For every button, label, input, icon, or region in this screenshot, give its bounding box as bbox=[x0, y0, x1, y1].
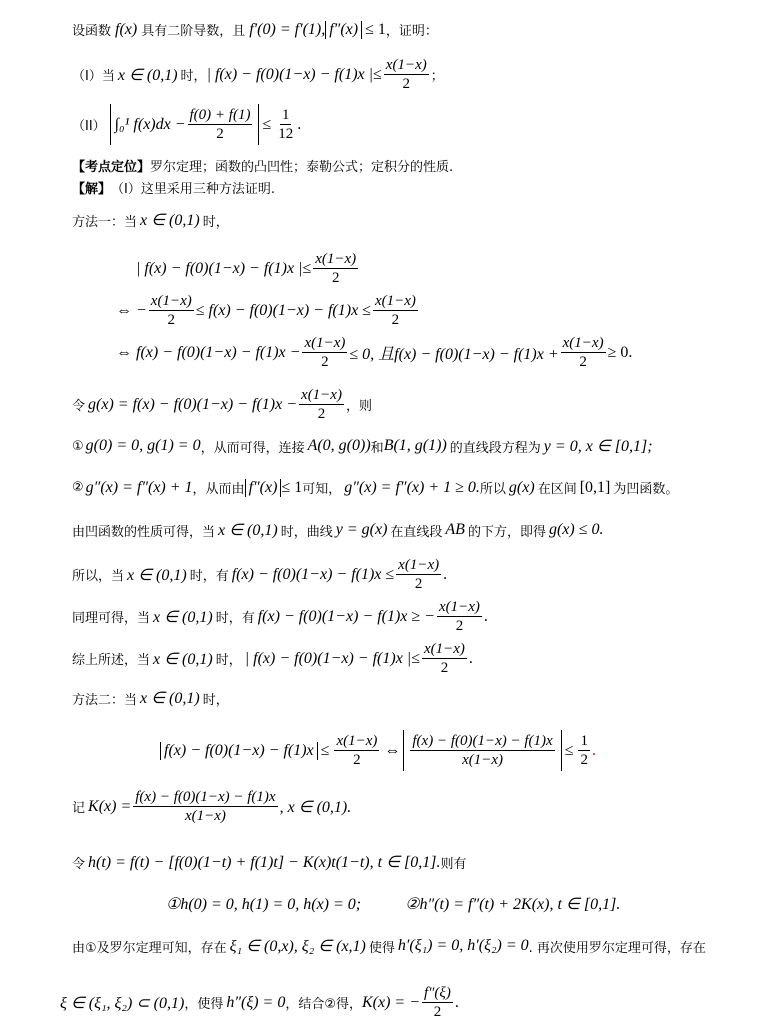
method1-header: 方法一：当 x ∈ (0,1) 时， bbox=[72, 210, 229, 230]
intro-cond: f′(0) = f′(1), bbox=[249, 21, 325, 39]
so-end: . bbox=[443, 566, 447, 584]
let-g-def: g(x) = f(x) − f(0)(1−x) − f(1)x − bbox=[88, 396, 297, 414]
eq3-prefix: ⇔ f(x) − f(0)(1−x) − f(1)x − bbox=[116, 344, 300, 362]
fraction: x(1−x) 2 bbox=[299, 386, 344, 423]
method1-label: 方法一：当 bbox=[72, 211, 137, 230]
rolle-text3: . 再次使用罗尔定理可得，存在 bbox=[529, 937, 706, 956]
step2-text4: 在区间 bbox=[538, 478, 577, 497]
part2-label: （II） bbox=[72, 115, 106, 134]
part1-lhs: | f(x) − f(0)(1−x) − f(1)x |≤ bbox=[207, 66, 382, 84]
step-2: ② g″(x) = f″(x) + 1 ，从而由 f″(x) ≤ 1 可知， g… bbox=[72, 478, 678, 497]
point-A: A(0, g(0)) bbox=[308, 437, 371, 455]
kaodian-label: 【考点定位】 bbox=[72, 156, 150, 175]
convex-text1: 由凹函数的性质可得，当 bbox=[72, 521, 215, 540]
problem-part1: （I）当 x ∈ (0,1) 时， | f(x) − f(0)(1−x) − f… bbox=[72, 56, 444, 93]
h-def: h(t) = f(t) − [f(0)(1−t) + f(1)t] − K(x)… bbox=[88, 852, 440, 872]
rolle-hp: h′(ξ₁) = 0, h′(ξ₂) = 0 bbox=[398, 937, 529, 955]
step1-text2: 的直线段方程为 bbox=[450, 437, 541, 456]
sum-end: . bbox=[469, 650, 473, 668]
sim-math: f(x) − f(0)(1−x) − f(1)x ≥ − bbox=[258, 608, 435, 626]
method1-domain: x ∈ (0,1) bbox=[140, 210, 200, 230]
fraction: f(0) + f(1) 2 bbox=[188, 106, 253, 143]
fraction-den: 2 bbox=[214, 125, 226, 143]
circled-2: ② bbox=[72, 480, 84, 495]
step2-text5: 为凹函数。 bbox=[613, 478, 678, 497]
sum-text2: 时， bbox=[216, 649, 242, 668]
fraction-den: 2 bbox=[578, 751, 590, 769]
sim-text1: 同理可得，当 bbox=[72, 607, 150, 626]
equation-2: ⇔ − x(1−x) 2 ≤ f(x) − f(0)(1−x) − f(1)x … bbox=[116, 292, 420, 329]
fraction: f(x) − f(0)(1−x) − f(1)x x(1−x) bbox=[133, 788, 277, 825]
fraction: x(1−x) 2 bbox=[422, 640, 467, 677]
fraction-num: x(1−x) bbox=[334, 732, 379, 751]
step2-text3: 所以 bbox=[480, 478, 506, 497]
fraction-num: f(0) + f(1) bbox=[188, 106, 253, 125]
fraction-num: x(1−x) bbox=[384, 56, 429, 75]
fraction: x(1−x) 2 bbox=[302, 334, 347, 371]
method2-when: 时， bbox=[203, 689, 229, 708]
fraction: x(1−x) 2 bbox=[561, 334, 606, 371]
fraction-den: 12 bbox=[276, 125, 295, 143]
h-then: 则有 bbox=[440, 853, 466, 872]
rolle-xi: ξ₁ ∈ (0,x), ξ₂ ∈ (x,1) bbox=[230, 936, 366, 956]
final-text2: ，结合②得， bbox=[285, 993, 362, 1012]
step2-math: g″(x) = f″(x) + 1 bbox=[86, 479, 193, 497]
equation-3: ⇔ f(x) − f(0)(1−x) − f(1)x − x(1−x) 2 ≤ … bbox=[116, 334, 632, 371]
sum-math: | f(x) − f(0)(1−x) − f(1)x |≤ bbox=[245, 650, 420, 668]
K-lhs: K(x) = bbox=[88, 798, 131, 816]
define-h: 令 h(t) = f(t) − [f(0)(1−t) + f(1)t] − K(… bbox=[72, 852, 466, 872]
rolle-text2: 使得 bbox=[369, 937, 395, 956]
part1-domain: x ∈ (0,1) bbox=[118, 65, 178, 85]
fraction-num: 1 bbox=[578, 732, 590, 751]
fraction-num: x(1−x) bbox=[437, 598, 482, 617]
fraction-den: 2 bbox=[432, 1003, 444, 1021]
h-properties: ①h(0) = 0, h(1) = 0, h(x) = 0; ②h″(t) = … bbox=[166, 894, 620, 914]
fraction-num: x(1−x) bbox=[422, 640, 467, 659]
fraction-num: x(1−x) bbox=[396, 556, 441, 575]
part2-le: ≤ bbox=[262, 116, 271, 134]
intro-abs-text: f″(x) bbox=[329, 21, 358, 39]
kaodian-line: 【考点定位】 罗尔定理；函数的凸凹性；泰勒公式；定积分的性质. bbox=[72, 156, 453, 175]
step2-math2: g″(x) = f″(x) + 1 ≥ 0. bbox=[344, 479, 480, 497]
h-prefix: 令 bbox=[72, 853, 85, 872]
fraction-den: x(1−x) bbox=[460, 751, 505, 769]
fraction-den: 2 bbox=[316, 405, 328, 423]
step2-abs-text: f″(x) bbox=[249, 479, 278, 497]
step2-le: ≤ 1 bbox=[281, 479, 302, 497]
method2-header: 方法二：当 x ∈ (0,1) 时， bbox=[72, 688, 229, 708]
m2-iff: ⇔ bbox=[384, 742, 400, 760]
final-hpp: h″(ξ) = 0 bbox=[226, 994, 285, 1012]
jie-label: 【解】 bbox=[72, 178, 111, 197]
m2-abs-frac: f(x) − f(0)(1−x) − f(1)x x(1−x) bbox=[403, 730, 561, 771]
fraction: x(1−x) 2 bbox=[437, 598, 482, 635]
convex-text2: 时，曲线 bbox=[281, 521, 333, 540]
intro-suffix: ，证明： bbox=[386, 20, 438, 39]
part2-integral: ∫₀¹ f(x)dx − bbox=[115, 116, 186, 134]
step2-interval: [0,1] bbox=[580, 479, 611, 497]
m2-lhs-text: f(x) − f(0)(1−x) − f(1)x bbox=[164, 742, 314, 760]
fraction-num: x(1−x) bbox=[561, 334, 606, 353]
final-xi: ξ ∈ (ξ₁, ξ₂) ⊂ (0,1) bbox=[60, 993, 184, 1013]
convex-text3: 在直线段 bbox=[390, 521, 442, 540]
so-text2: 时，有 bbox=[190, 565, 229, 584]
jie-text: （I）这里采用三种方法证明. bbox=[111, 178, 275, 197]
method2-domain: x ∈ (0,1) bbox=[140, 688, 200, 708]
segment-AB: AB bbox=[445, 521, 465, 539]
so-domain: x ∈ (0,1) bbox=[127, 565, 187, 585]
rolle-text1: 由①及罗尔定理可知，存在 bbox=[72, 937, 227, 956]
step1-math: g(0) = 0, g(1) = 0 bbox=[86, 437, 201, 455]
final-line: ξ ∈ (ξ₁, ξ₂) ⊂ (0,1) ，使得 h″(ξ) = 0 ，结合②得… bbox=[60, 984, 459, 1021]
jie-line: 【解】 （I）这里采用三种方法证明. bbox=[72, 178, 275, 197]
K-prefix: 记 bbox=[72, 797, 85, 816]
step2-text2: 可知， bbox=[302, 478, 341, 497]
sim-text2: 时，有 bbox=[216, 607, 255, 626]
h-prop1: ①h(0) = 0, h(1) = 0, h(x) = 0; bbox=[166, 894, 361, 914]
fraction-num: x(1−x) bbox=[302, 334, 347, 353]
fraction-den: 2 bbox=[439, 659, 451, 677]
fraction-num: x(1−x) bbox=[299, 386, 344, 405]
method1-when: 时， bbox=[203, 211, 229, 230]
fraction-num: x(1−x) bbox=[313, 250, 358, 269]
problem-part2: （II） ∫₀¹ f(x)dx − f(0) + f(1) 2 ≤ 1 12 . bbox=[72, 104, 301, 145]
part1-when: 时， bbox=[181, 65, 207, 84]
eq2-prefix: ⇔ − bbox=[116, 302, 147, 320]
define-g: 令 g(x) = f(x) − f(0)(1−x) − f(1)x − x(1−… bbox=[72, 386, 372, 423]
convex-line: 由凹函数的性质可得，当 x ∈ (0,1) 时，曲线 y = g(x) 在直线段… bbox=[72, 520, 604, 540]
final-end: . bbox=[455, 994, 459, 1012]
convex-result: g(x) ≤ 0. bbox=[549, 521, 604, 539]
fraction-den: 2 bbox=[401, 75, 413, 93]
circled-1: ① bbox=[72, 439, 84, 454]
convex-curve: y = g(x) bbox=[336, 521, 388, 539]
intro-prefix: 设函数 bbox=[72, 20, 111, 39]
summary-line: 综上所述，当 x ∈ (0,1) 时， | f(x) − f(0)(1−x) −… bbox=[72, 640, 473, 677]
so-line: 所以，当 x ∈ (0,1) 时，有 f(x) − f(0)(1−x) − f(… bbox=[72, 556, 447, 593]
fraction-den: 2 bbox=[390, 311, 402, 329]
part1-label: （I）当 bbox=[72, 65, 115, 84]
equation-1: | f(x) − f(0)(1−x) − f(1)x |≤ x(1−x) 2 bbox=[136, 250, 360, 287]
m2-abs-lhs: f(x) − f(0)(1−x) − f(1)x bbox=[160, 742, 318, 760]
so-math: f(x) − f(0)(1−x) − f(1)x ≤ bbox=[232, 566, 394, 584]
eq3-mid: ≤ 0, 且f(x) − f(0)(1−x) − f(1)x + bbox=[349, 341, 558, 364]
step2-text: ，从而由 bbox=[193, 478, 245, 497]
fraction-den: 2 bbox=[319, 353, 331, 371]
part1-end: ； bbox=[431, 65, 444, 84]
fraction: 1 12 bbox=[276, 106, 295, 143]
intro-le: ≤ 1 bbox=[365, 21, 386, 39]
intro-abs: f″(x) bbox=[325, 21, 362, 39]
step1-eq: y = 0, x ∈ [0,1]; bbox=[544, 436, 653, 456]
m2-le: ≤ bbox=[321, 742, 330, 760]
step1-text: ，从而可得，连接 bbox=[201, 437, 305, 456]
m2-le2: ≤ bbox=[565, 742, 574, 760]
sim-domain: x ∈ (0,1) bbox=[153, 607, 213, 627]
fraction-den: x(1−x) bbox=[183, 807, 228, 825]
sim-end: . bbox=[484, 608, 488, 626]
method2-label: 方法二：当 bbox=[72, 689, 137, 708]
fraction: x(1−x) 2 bbox=[313, 250, 358, 287]
fraction: x(1−x) 2 bbox=[334, 732, 379, 769]
define-K: 记 K(x) = f(x) − f(0)(1−x) − f(1)x x(1−x)… bbox=[72, 788, 351, 825]
fraction: f″(ξ) 2 bbox=[422, 984, 453, 1021]
fraction: x(1−x) 2 bbox=[384, 56, 429, 93]
step1-and: 和 bbox=[371, 437, 384, 456]
rolle-line: 由①及罗尔定理可知，存在 ξ₁ ∈ (0,x), ξ₂ ∈ (x,1) 使得 h… bbox=[72, 936, 706, 956]
similarly-line: 同理可得，当 x ∈ (0,1) 时，有 f(x) − f(0)(1−x) − … bbox=[72, 598, 488, 635]
fraction: f(x) − f(0)(1−x) − f(1)x x(1−x) bbox=[410, 732, 554, 769]
part2-end: . bbox=[297, 116, 301, 134]
m2-end: . bbox=[592, 742, 596, 760]
fraction-den: 2 bbox=[166, 311, 178, 329]
convex-domain: x ∈ (0,1) bbox=[218, 520, 278, 540]
intro-mid: 具有二阶导数，且 bbox=[141, 20, 245, 39]
intro-fx: f(x) bbox=[115, 21, 137, 39]
sum-domain: x ∈ (0,1) bbox=[153, 649, 213, 669]
let-g-end: ，则 bbox=[346, 395, 372, 414]
let-g-prefix: 令 bbox=[72, 395, 85, 414]
so-text1: 所以，当 bbox=[72, 565, 124, 584]
point-B: B(1, g(1)) bbox=[384, 437, 447, 455]
eq1-lhs: | f(x) − f(0)(1−x) − f(1)x |≤ bbox=[136, 260, 311, 278]
part2-abs: ∫₀¹ f(x)dx − f(0) + f(1) 2 bbox=[110, 104, 260, 145]
fraction-num: x(1−x) bbox=[149, 292, 194, 311]
step-1: ① g(0) = 0, g(1) = 0 ，从而可得，连接 A(0, g(0))… bbox=[72, 436, 653, 456]
eq3-end: ≥ 0. bbox=[608, 344, 633, 362]
fraction: x(1−x) 2 bbox=[396, 556, 441, 593]
convex-text4: 的下方，即得 bbox=[468, 521, 546, 540]
fraction: x(1−x) 2 bbox=[149, 292, 194, 329]
fraction-num: x(1−x) bbox=[373, 292, 418, 311]
final-text1: ，使得 bbox=[184, 993, 223, 1012]
fraction-den: 2 bbox=[577, 353, 589, 371]
fraction-den: 2 bbox=[330, 269, 342, 287]
fraction-den: 2 bbox=[413, 575, 425, 593]
K-domain: , x ∈ (0,1). bbox=[280, 797, 352, 817]
step2-g: g(x) bbox=[509, 479, 535, 497]
eq2-mid: ≤ f(x) − f(0)(1−x) − f(1)x ≤ bbox=[196, 302, 371, 320]
step2-abs: f″(x) bbox=[245, 479, 282, 497]
fraction-den: 2 bbox=[351, 751, 363, 769]
fraction: 1 2 bbox=[578, 732, 590, 769]
fraction-num: f(x) − f(0)(1−x) − f(1)x bbox=[133, 788, 277, 807]
method2-equation: f(x) − f(0)(1−x) − f(1)x ≤ x(1−x) 2 ⇔ f(… bbox=[160, 730, 596, 771]
kaodian-text: 罗尔定理；函数的凸凹性；泰勒公式；定积分的性质. bbox=[150, 156, 453, 175]
h-prop2: ②h″(t) = f″(t) + 2K(x), t ∈ [0,1]. bbox=[405, 894, 620, 914]
fraction-num: f″(ξ) bbox=[422, 984, 453, 1003]
fraction-num: f(x) − f(0)(1−x) − f(1)x bbox=[410, 732, 554, 751]
sum-text1: 综上所述，当 bbox=[72, 649, 150, 668]
fraction-den: 2 bbox=[454, 617, 466, 635]
fraction-num: 1 bbox=[280, 106, 292, 125]
problem-intro: 设函数 f(x) 具有二阶导数，且 f′(0) = f′(1), f″(x) ≤… bbox=[72, 20, 438, 39]
final-K: K(x) = − bbox=[362, 994, 420, 1012]
fraction: x(1−x) 2 bbox=[373, 292, 418, 329]
